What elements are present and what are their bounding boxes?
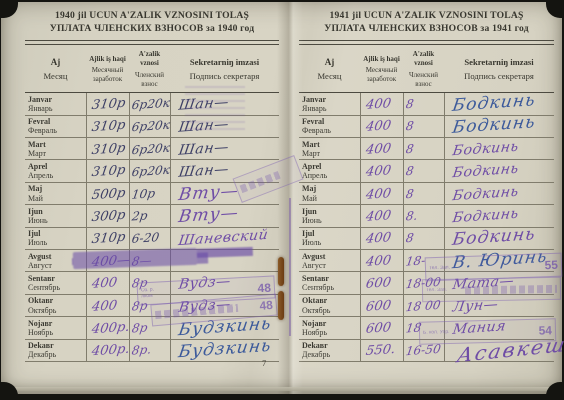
secretary-signature: Шан— [177, 161, 229, 180]
salary-entry: 400р. [90, 342, 130, 360]
salary-entry: 310р [90, 118, 126, 135]
secretary-signature: Бодкинь [451, 225, 537, 251]
month-name-latin: Sentaвr [299, 274, 360, 283]
month-name-cyrillic: Май [299, 194, 360, 203]
dues-entry: 6-20 [130, 230, 159, 246]
booklet-bottom-edge [9, 387, 554, 391]
stamp-illegible-text [465, 284, 557, 294]
secretary-signature: Будзкинь [177, 336, 273, 362]
secretary-signature: Вту— [177, 181, 240, 205]
month-name-latin: Maj [299, 184, 360, 193]
month-name-latin: Dekaвr [299, 341, 360, 350]
dues-entry: 8р. [130, 343, 151, 358]
month-name-latin: Ijun [25, 207, 86, 216]
table-row: IjunИюнь300р2рВту— [25, 205, 279, 227]
month-name-cyrillic: Июнь [25, 216, 86, 225]
month-name-latin: Nojaвr [299, 319, 360, 328]
month-name-cyrillic: Декабрь [25, 350, 86, 359]
month-name-cyrillic: Декабрь [299, 350, 360, 359]
month-name-latin: Maj [25, 184, 86, 193]
table-row: IjunИюнь4008.Бодкинь [299, 205, 554, 227]
secretary-signature: Шан— [177, 139, 229, 158]
dues-entry: 8 [404, 119, 414, 133]
col-header-signature-lat: Sekretarniŋ imzasi [445, 57, 553, 68]
dues-entry: 8 [404, 164, 414, 178]
salary-entry: 400 [364, 208, 391, 225]
dues-entry: 8 [404, 186, 414, 200]
month-name-cyrillic: Апрель [299, 171, 360, 180]
dues-entry: 6р20к [130, 163, 170, 180]
stamp-text: Б. кол. Упр. [423, 330, 450, 336]
salary-entry: 310р [90, 230, 126, 247]
salary-entry: 310р [90, 96, 126, 113]
month-name-latin: Ijun [299, 207, 360, 216]
month-name-cyrillic: Май [25, 194, 86, 203]
month-name-cyrillic: Июль [299, 238, 360, 247]
month-name-cyrillic: Февраль [299, 126, 360, 135]
rusty-staple [278, 257, 284, 286]
month-name-cyrillic: Февраль [25, 126, 86, 135]
booklet-spread: 1940 jil UCUN A'ZALIK VZNOSINI TOLAŞ УПЛ… [1, 2, 562, 394]
ink-bleed-line [289, 198, 291, 336]
scanned-dues-booklet: 1940 jil UCUN A'ZALIK VZNOSINI TOLAŞ УПЛ… [0, 0, 564, 400]
month-name-latin: Nojaвr [25, 319, 86, 328]
secretary-signature: Бодкинь [451, 90, 537, 116]
page-title-cyrillic-1940: УПЛАТА ЧЛЕНСКИХ ВЗНОСОВ за 1940 год [25, 23, 279, 36]
month-name-cyrillic: Сентябрь [25, 283, 86, 292]
faint-ink-stamp [185, 86, 245, 132]
stamp-number: 48 [257, 280, 271, 295]
col-header-salary-cyr: Месячный заработок [361, 66, 402, 84]
dues-entry: 8 [404, 231, 414, 245]
month-name-cyrillic: Январь [25, 104, 86, 113]
page-1941: 1941 jil UCUN A'ZALIK VZNOSINI TOLAŞ УПЛ… [299, 10, 554, 362]
table-row: MartМарт310р6р20кШан— [25, 138, 279, 160]
table-row: IjulИюль310р6-20Шаневский [25, 227, 279, 249]
dues-entry: 6р20к [130, 140, 170, 157]
secretary-signature: Бодкинь [451, 161, 519, 182]
col-header-month-cyr: Месяц [300, 71, 359, 82]
month-name-latin: Fevral [25, 117, 86, 126]
salary-entry: 600 [364, 320, 391, 337]
month-name-latin: Fevral [299, 117, 360, 126]
stamp-number: 48 [259, 298, 274, 313]
month-name-latin: Oktaвr [25, 296, 86, 305]
month-name-latin: Dekaвr [25, 341, 86, 350]
month-name-cyrillic: Апрель [25, 171, 86, 180]
col-header-signature-lat: Sekretarniŋ imzasi [171, 57, 278, 68]
month-name-latin: Aprel [25, 162, 86, 171]
dues-entry: 10р [130, 186, 155, 202]
col-header-salary-lat: Ajlik iş haqi [87, 55, 128, 64]
table-row: DekaвrДекабрь400р.8р.Будзкинь [25, 339, 279, 361]
secretary-signature: Бодкинь [451, 139, 519, 160]
salary-entry: 400 [364, 163, 391, 180]
table-row: MajМай4008Бодкинь [299, 182, 554, 204]
stamp-text: Тел. Зап. [429, 266, 450, 272]
col-header-month-lat: Aj [26, 57, 85, 68]
salary-entry: 500р [90, 185, 126, 202]
month-name-latin: Mart [299, 140, 360, 149]
month-name-latin: Sentaвr [25, 274, 86, 283]
dues-entry: 8 [404, 142, 414, 156]
month-name-cyrillic: Март [25, 149, 86, 158]
secretary-signature: Шаневский [177, 227, 269, 249]
table-row: IjulИюль4008Бодкинь [299, 227, 554, 249]
month-name-cyrillic: Октябрь [299, 306, 360, 315]
dues-entry: 8 [404, 97, 414, 111]
dues-entry: 2р [130, 208, 148, 223]
salary-entry: 400 [90, 275, 117, 292]
month-name-cyrillic: Июнь [299, 216, 360, 225]
month-name-latin: Aprel [299, 162, 360, 171]
salary-entry: 600 [364, 298, 391, 315]
salary-entry: 300р [90, 208, 126, 225]
salary-entry: 400 [364, 96, 391, 113]
secretary-signature: Бодкинь [451, 113, 537, 139]
col-header-dues-lat: A'zalik vznosi [130, 50, 169, 68]
dues-entry: 8р [130, 320, 148, 335]
month-name-latin: Ijul [299, 229, 360, 238]
rusty-staple [278, 291, 284, 320]
dues-entry: 6р20к [130, 96, 170, 113]
col-header-signature-cyr: Подпись секретаря [445, 71, 553, 82]
salary-entry: 400 [364, 230, 391, 247]
month-name-latin: Janvar [299, 95, 360, 104]
salary-entry: 400р. [90, 320, 130, 338]
stamp-number: 55 [544, 258, 558, 272]
month-name-cyrillic: Ноябрь [25, 328, 86, 337]
dues-entry: 18- [404, 253, 426, 268]
stamp-number: 54 [538, 323, 552, 337]
table-row: MartМарт4008Бодкинь [299, 138, 554, 160]
union-stamp-54: Б. кол. Упр.54 [419, 318, 557, 345]
page-title-latin-1940: 1940 jil UCUN A'ZALIK VZNOSINI TOLAŞ [25, 10, 279, 23]
dues-entry: 8. [404, 209, 418, 224]
month-name-latin: Avgust [299, 252, 360, 261]
table-row: AprelАпрель4008Бодкинь [299, 160, 554, 182]
col-header-salary-lat: Ajlik iş haqi [361, 55, 402, 64]
month-name-cyrillic: Октябрь [25, 306, 86, 315]
col-header-dues-lat: A'zalik vznosi [404, 50, 443, 68]
col-header-month-lat: Aj [300, 57, 359, 68]
month-name-latin: Mart [25, 140, 86, 149]
table-row: FevralФевраль4008Бодкинь [299, 115, 554, 137]
month-name-latin: Oktaвr [299, 296, 360, 305]
table-header-row: AjМесяц Ajlik iş haqiМесячный заработок … [299, 46, 554, 93]
month-name-latin: Janvar [25, 95, 86, 104]
page-title-cyrillic-1941: УПЛАТА ЧЛЕНСКИХ ВЗНОСОВ за 1941 год [299, 23, 554, 36]
month-name-latin: Ijul [25, 229, 86, 238]
month-name-cyrillic: Ноябрь [299, 328, 360, 337]
month-name-cyrillic: Август [299, 261, 360, 270]
stamp-illegible-text [155, 304, 238, 319]
dues-entry: 6р20к [130, 118, 170, 135]
double-rule [25, 40, 279, 45]
dues-table-1941: AjМесяц Ajlik iş haqiМесячный заработок … [299, 46, 554, 362]
page-number: 7 [262, 358, 266, 368]
col-header-month-cyr: Месяц [26, 71, 85, 82]
col-header-dues-cyr: Членский взнос [130, 71, 169, 89]
stamp-illegible-text [239, 171, 280, 193]
salary-entry: 550. [364, 342, 395, 359]
salary-entry: 400 [364, 186, 391, 203]
col-header-salary-cyr: Месячный заработок [87, 66, 128, 84]
month-name-cyrillic: Март [299, 149, 360, 158]
secretary-signature: Бодкинь [451, 183, 519, 204]
secretary-signature: Бодкинь [451, 206, 519, 227]
stamp-text: Тел. Зап. [426, 288, 447, 294]
salary-entry: 400 [364, 119, 391, 136]
month-name-cyrillic: Январь [299, 104, 360, 113]
page-title-latin-1941: 1941 jil UCUN A'ZALIK VZNOSINI TOLAŞ [299, 10, 554, 23]
salary-entry: 400 [364, 141, 391, 158]
salary-entry: 600 [364, 275, 391, 292]
double-rule [299, 40, 554, 45]
col-header-signature-cyr: Подпись секретаря [171, 71, 278, 82]
salary-entry: 400 [90, 298, 117, 315]
union-stamp: Тел. Зап. [422, 277, 561, 302]
secretary-signature: Вту— [177, 203, 240, 227]
month-name-cyrillic: Сентябрь [299, 283, 360, 292]
salary-entry: 400 [364, 253, 391, 270]
table-row: JanvarЯнварь4008Бодкинь [299, 93, 554, 115]
salary-entry: 310р [90, 163, 126, 180]
month-name-cyrillic: Июль [25, 238, 86, 247]
salary-entry: 310р [90, 141, 126, 158]
stamp-text: лком [141, 292, 153, 299]
col-header-dues-cyr: Членский взнос [404, 71, 443, 89]
